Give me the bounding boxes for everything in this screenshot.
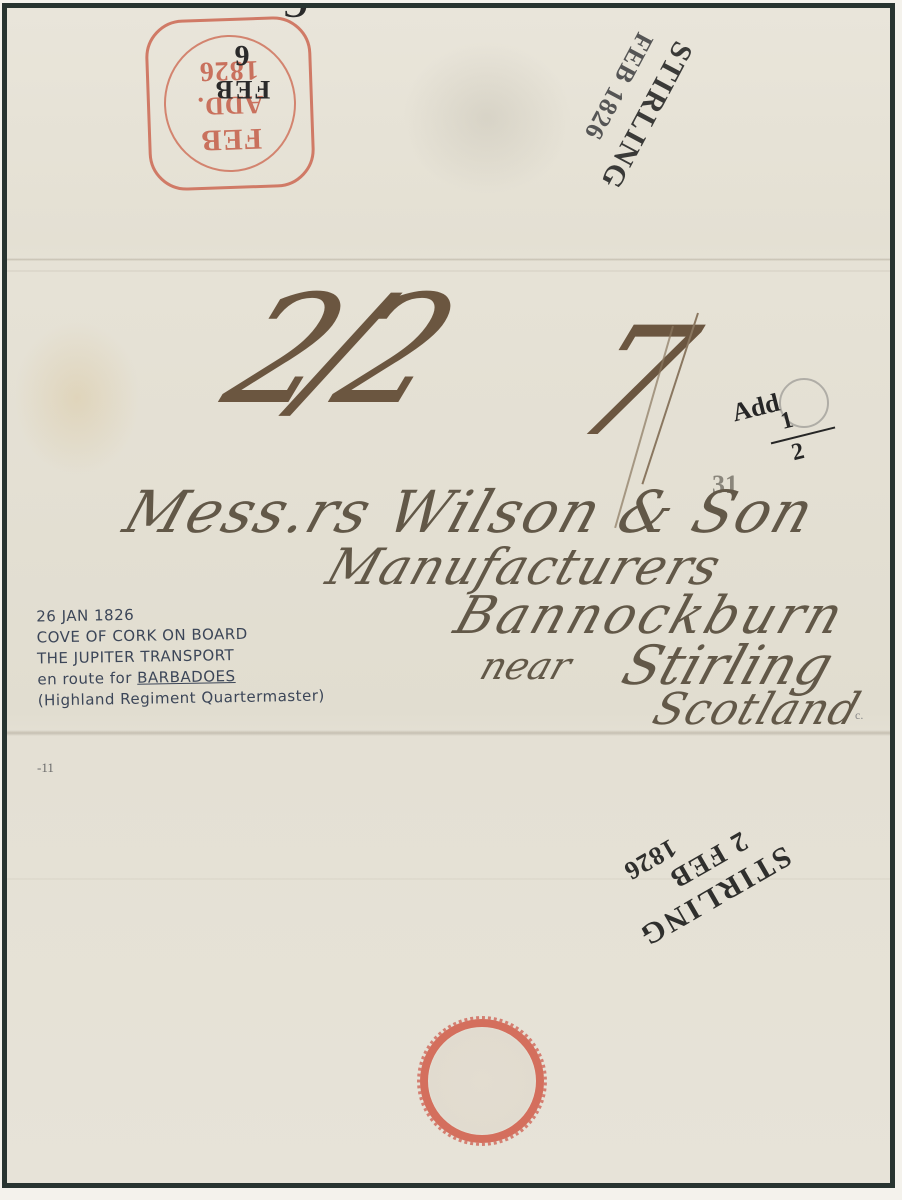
address-country: Scotland — [647, 684, 867, 735]
note-barbadoes: BARBADOES — [137, 667, 236, 687]
wax-seal — [417, 1016, 547, 1146]
edge-mark: c. — [855, 708, 863, 723]
letter-frame: FEB ADD. 1826 FEB 6 G STIRLING FEB 1826 … — [2, 3, 895, 1188]
datestamp-month: FEB — [172, 74, 312, 104]
small-pencil-mark: -11 — [37, 760, 54, 776]
pencil-annotation: 26 JAN 1826 COVE OF CORK ON BOARD THE JU… — [36, 602, 325, 712]
address-near: near — [475, 644, 577, 688]
black-datestamp: FEB 6 G — [172, 38, 312, 104]
address-recipient: Mess.rs Wilson & Son — [116, 478, 824, 546]
datestamp-day: 6 — [172, 38, 312, 72]
postmark-month: FEB — [151, 119, 312, 159]
fold-line — [7, 258, 890, 261]
datestamp-letter: G — [282, 3, 308, 24]
